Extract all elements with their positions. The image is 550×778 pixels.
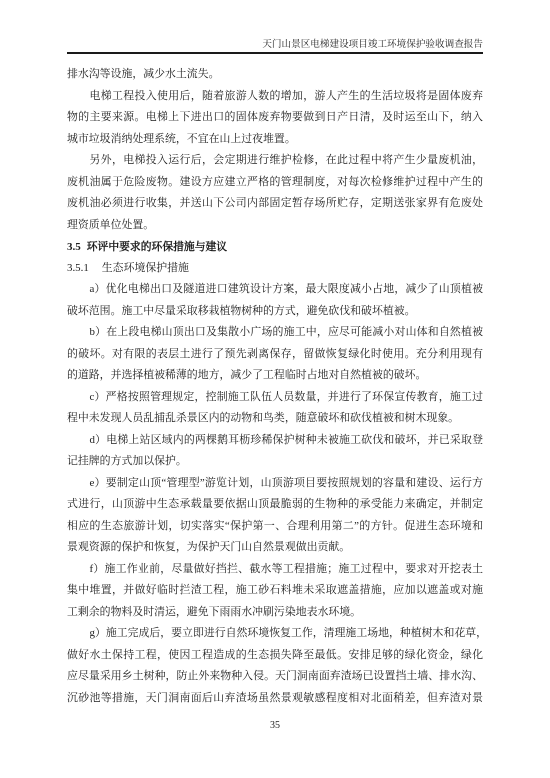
measure-item-e: e）要制定山顶“管理型”游览计划，山顶游项目要按照规划的容量和建设、运行方 式进… — [67, 473, 483, 559]
text-line: 的道路，并选择植被稀薄的地方，减少了工程临时占地对自然植被的破坏。 — [67, 365, 483, 387]
measure-item-c: c）严格按照管理规定，控制施工队伍人员数量，并进行了环保宣传教育，施工过 程中未… — [67, 387, 483, 430]
text-line: 程中未发现人员乱捕乱杀景区内的动物和鸟类，随意破坏和砍伐植被和树木现象。 — [67, 408, 483, 430]
text-line: 理资质单位处置。 — [67, 215, 483, 237]
text-line: 式进行，山顶游中生态承载量要依据山顶最脆弱的生物种的承受能力来确定，并制定 — [67, 494, 483, 516]
measure-item-b: b）在上段电梯山顶出口及集散小广场的施工中，应尽可能减小对山体和自然植被 的破坏… — [67, 322, 483, 387]
header-rule — [67, 52, 483, 54]
measure-item-f: f）施工作业前，尽量做好挡拦、截水等工程措施；施工过程中，要求对开挖表土 集中堆… — [67, 559, 483, 624]
text-line: 应尽量采用乡土树种，防止外来物种入侵。天门洞南面弃渣场已设置挡土墙、排水沟、 — [67, 666, 483, 688]
text-line: c）严格按照管理规定，控制施工队伍人员数量，并进行了环保宣传教育，施工过 — [67, 387, 483, 409]
paragraph: 另外，电梯投入运行后，会定期进行维护检修，在此过程中将产生少量废机油， 废机油属… — [67, 150, 483, 236]
text-line: 排水沟等设施，减少水土流失。 — [67, 64, 483, 86]
section-number: 3.5 — [67, 241, 81, 253]
text-line: 沉砂池等措施，天门洞南面后山弃渣场虽然景观敏感程度相对北面稍差，但弃渣对景 — [67, 688, 483, 710]
subsection-number: 3.5.1 — [67, 262, 89, 274]
header-title: 天门山景区电梯建设项目竣工环境保护验收调查报告 — [262, 39, 483, 51]
text-line: 工剩余的物料及时清运，避免下雨雨水冲刷污染地表水环境。 — [67, 602, 483, 624]
measure-item-d: d）电梯上站区域内的两棵鹅耳枥珍稀保护树种未被施工砍伐和破坏，并已采取登 记挂牌… — [67, 430, 483, 473]
text-line: 破坏范围。施工中尽量采取移栽植物树种的方式，避免砍伐和破坏植被。 — [67, 301, 483, 323]
measure-item-a: a）优化电梯出口及隧道进口建筑设计方案，最大限度减小占地，减少了山顶植被 破坏范… — [67, 279, 483, 322]
text-line: d）电梯上站区域内的两棵鹅耳枥珍稀保护树种未被施工砍伐和破坏，并已采取登 — [67, 430, 483, 452]
text-line: 做好水土保持工程，使因工程造成的生态损失降至最低。安排足够的绿化资金，绿化 — [67, 645, 483, 667]
text-line: 另外，电梯投入运行后，会定期进行维护检修，在此过程中将产生少量废机油， — [67, 150, 483, 172]
text-line: a）优化电梯出口及隧道进口建筑设计方案，最大限度减小占地，减少了山顶植被 — [67, 279, 483, 301]
section-heading: 3.5环评中要求的环保措施与建议 — [67, 236, 483, 258]
text-line: 相应的生态旅游计划，切实落实“保护第一、合理利用第二”的方针。促进生态环境和 — [67, 516, 483, 538]
text-line: 的破坏。对有限的表层土进行了预先剥离保存，留做恢复绿化时使用。充分利用现有 — [67, 344, 483, 366]
subsection-heading: 3.5.1生态环境保护措施 — [67, 258, 483, 280]
text-line: f）施工作业前，尽量做好挡拦、截水等工程措施；施工过程中，要求对开挖表土 — [67, 559, 483, 581]
page-body: 排水沟等设施，减少水土流失。 电梯工程投入使用后，随着旅游人数的增加，游人产生的… — [67, 64, 483, 709]
paragraph: 排水沟等设施，减少水土流失。 — [67, 64, 483, 86]
section-title: 环评中要求的环保措施与建议 — [87, 240, 227, 253]
text-line: b）在上段电梯山顶出口及集散小广场的施工中，应尽可能减小对山体和自然植被 — [67, 322, 483, 344]
paragraph: 电梯工程投入使用后，随着旅游人数的增加，游人产生的生活垃圾将是固体废弃 物的主要… — [67, 86, 483, 151]
page-number: 35 — [0, 720, 550, 732]
text-line: 记挂牌的方式加以保护。 — [67, 451, 483, 473]
text-line: 电梯工程投入使用后，随着旅游人数的增加，游人产生的生活垃圾将是固体废弃 — [67, 86, 483, 108]
text-line: 城市垃圾消纳处理系统，不宜在山上过夜堆置。 — [67, 129, 483, 151]
text-line: 废机油必须进行收集，并送山下公司内部固定暂存场所贮存，定期送张家界有危废处 — [67, 193, 483, 215]
subsection-title: 生态环境保护措施 — [102, 262, 189, 274]
text-line: 物的主要来源。电梯上下进出口的固体废弃物要做到日产日清，及时运至山下，纳入 — [67, 107, 483, 129]
text-line: 景观资源的保护和恢复，为保护天门山自然景观做出贡献。 — [67, 537, 483, 559]
text-line: g）施工完成后，要立即进行自然环境恢复工作，清理施工场地，种植树木和花草， — [67, 623, 483, 645]
text-line: e）要制定山顶“管理型”游览计划，山顶游项目要按照规划的容量和建设、运行方 — [67, 473, 483, 495]
measure-item-g: g）施工完成后，要立即进行自然环境恢复工作，清理施工场地，种植树木和花草， 做好… — [67, 623, 483, 709]
text-line: 废机油属于危险废物。建设方应建立严格的管理制度，对每次检修维护过程中产生的 — [67, 172, 483, 194]
text-line: 集中堆置，并做好临时拦渣工程，施工砂石料堆未采取遮盖措施，应加以遮盖或对施 — [67, 580, 483, 602]
